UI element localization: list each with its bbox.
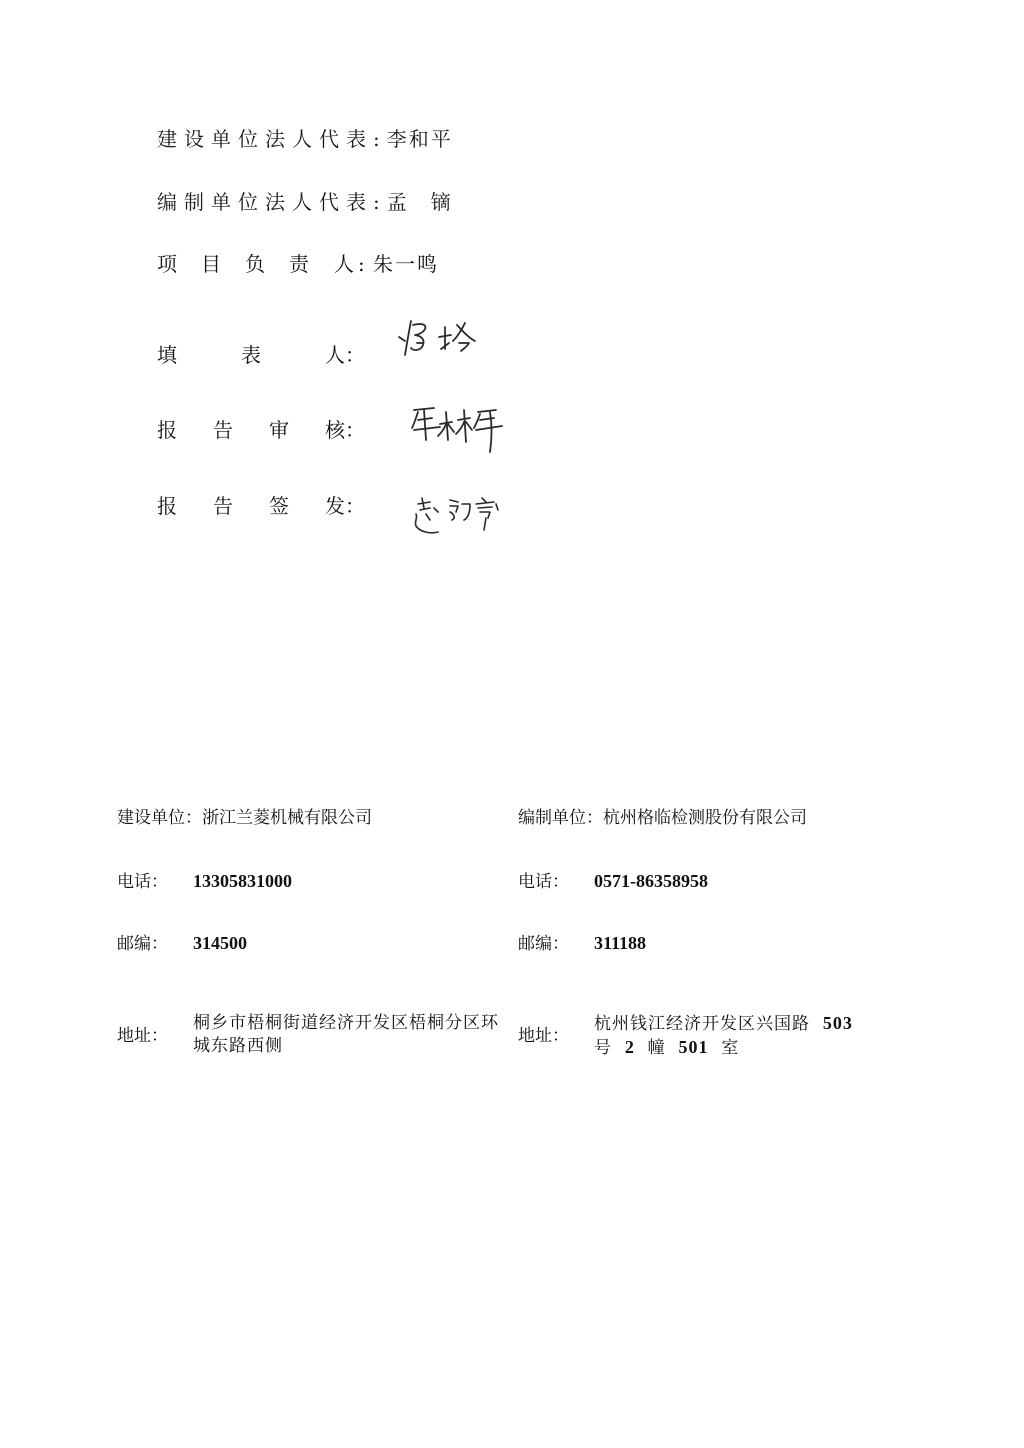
report-review-label-char: 告: [213, 418, 233, 442]
compiler-legal-rep-label: 编制单位法人代表:: [157, 190, 387, 214]
filled-by-handwritten-signature: [395, 315, 485, 365]
compiler-phone-row: 电话：0571-86358958: [518, 870, 708, 893]
compiler-address-part: 杭州钱江经济开发区兴国路: [594, 1014, 810, 1034]
compiler-phone-label: 电话：: [518, 871, 594, 893]
report-issue-handwritten-signature: [410, 492, 510, 538]
compiler-postcode-value: 311188: [594, 933, 646, 953]
construction-legal-rep-row: 建设单位法人代表:李和平: [157, 127, 453, 151]
compiler-address-part: 号: [594, 1038, 612, 1058]
report-review-label-char: 审: [269, 418, 289, 442]
filled-by-label-char: 表: [241, 343, 261, 367]
report-issue-colon: ：: [345, 494, 365, 518]
project-lead-label-char: 目: [201, 252, 221, 276]
construction-postcode-row: 邮编：314500: [117, 932, 247, 955]
construction-unit-name: 浙江兰菱机械有限公司: [202, 808, 372, 828]
compiler-address-value: 杭州钱江经济开发区兴国路 503 号 2 幢 501 室: [594, 1012, 894, 1060]
report-issue-label-char: 签: [269, 494, 289, 518]
filled-by-colon: ：: [345, 343, 365, 367]
construction-address-value: 桐乡市梧桐街道经济开发区梧桐分区环城东路西侧: [193, 1012, 501, 1058]
construction-phone-label: 电话：: [117, 871, 193, 893]
compiler-address-label: 地址：: [518, 1025, 569, 1047]
report-review-label-char: 核: [325, 418, 345, 442]
compiler-unit-name: 杭州格临检测股份有限公司: [603, 808, 807, 828]
compiler-postcode-row: 邮编：311188: [518, 932, 646, 955]
report-review-handwritten-signature: [410, 400, 510, 456]
project-lead-label-char: 项: [157, 252, 177, 276]
construction-unit-label: 建设单位：: [117, 807, 202, 829]
report-review-label-char: 报: [157, 418, 177, 442]
compiler-legal-rep-row: 编制单位法人代表:孟 镝: [157, 190, 453, 214]
report-issue-label-char: 报: [157, 494, 177, 518]
project-lead-name: 朱一鸣: [373, 252, 439, 276]
compiler-postcode-label: 邮编：: [518, 933, 594, 955]
construction-postcode-label: 邮编：: [117, 933, 193, 955]
project-lead-label-char: 人: [334, 252, 354, 276]
compiler-address-number: 2: [625, 1037, 635, 1057]
compiler-address-part: 室: [721, 1038, 739, 1058]
construction-phone-value: 13305831000: [193, 871, 292, 891]
signature-scribble-icon: [395, 315, 485, 365]
report-review-colon: ：: [345, 418, 365, 442]
construction-postcode-value: 314500: [193, 933, 247, 953]
construction-phone-row: 电话：13305831000: [117, 870, 292, 893]
report-issue-label-char: 发: [325, 494, 345, 518]
construction-legal-rep-label: 建设单位法人代表:: [157, 127, 387, 151]
construction-unit-row: 建设单位：浙江兰菱机械有限公司: [117, 807, 372, 829]
compiler-address-number: 501: [678, 1037, 708, 1057]
project-lead-label-char: 负: [245, 252, 265, 276]
compiler-unit-row: 编制单位：杭州格临检测股份有限公司: [518, 807, 807, 829]
filled-by-label-char: 人: [325, 343, 345, 367]
project-lead-label-char: 责: [289, 252, 309, 276]
compiler-legal-rep-name: 孟 镝: [387, 190, 453, 214]
construction-address-label: 地址：: [117, 1025, 168, 1047]
project-lead-colon: :: [358, 252, 365, 276]
compiler-unit-label: 编制单位：: [518, 807, 603, 829]
compiler-address-part: 幢: [648, 1038, 666, 1058]
signature-scribble-icon: [410, 400, 510, 456]
filled-by-label-char: 填: [157, 343, 177, 367]
compiler-phone-value: 0571-86358958: [594, 871, 708, 891]
report-issue-label-char: 告: [213, 494, 233, 518]
signature-scribble-icon: [410, 492, 510, 538]
construction-legal-rep-name: 李和平: [387, 127, 453, 151]
compiler-address-number: 503: [823, 1013, 853, 1033]
